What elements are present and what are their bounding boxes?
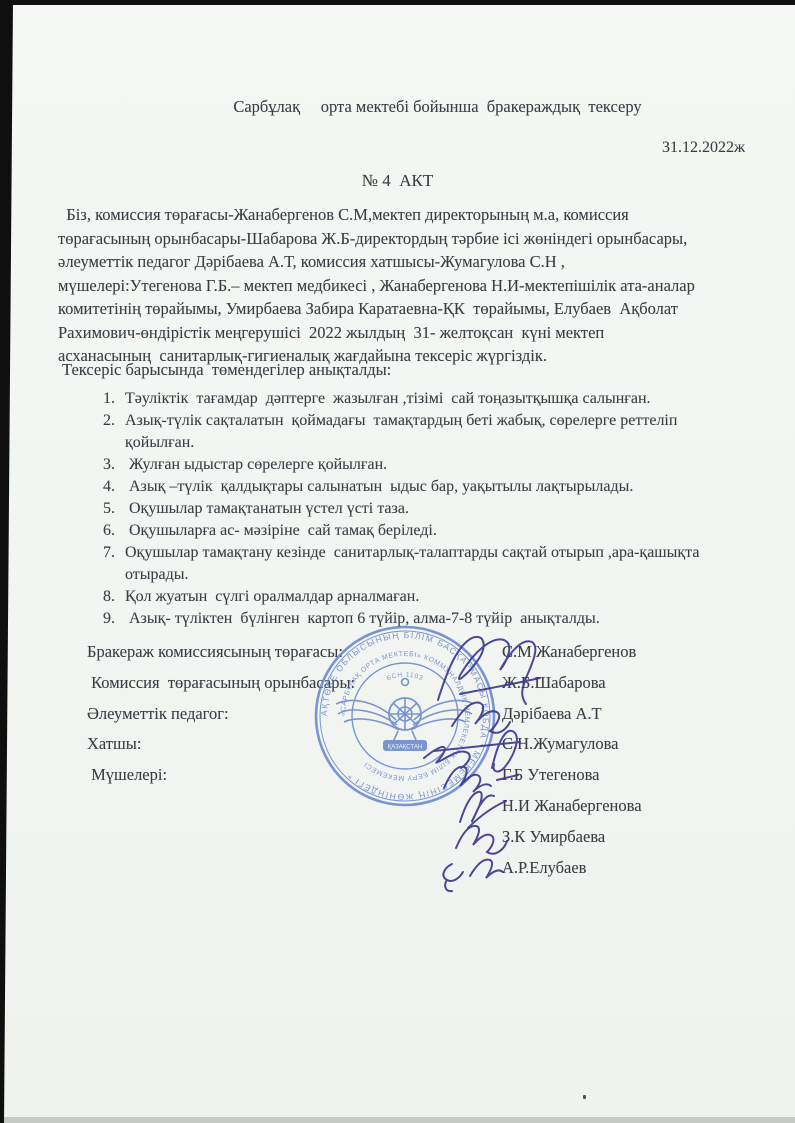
finding-number: 1.: [103, 388, 125, 410]
signature-block: Бракераж комиссиясының төрағасы:С.М Жана…: [87, 637, 747, 883]
finding-text: Оқушыларға ас- мәзіріне сай тамақ беріле…: [125, 520, 748, 542]
findings-list: 1.Тәуліктік тағамдар дәптерге жазылған ,…: [103, 388, 748, 630]
finding-item: 9. Азық- түліктен бүлінген картоп 6 түйі…: [103, 608, 748, 630]
finding-text: Оқушылар тамақтанатын үстел үсті таза.: [125, 498, 748, 520]
finding-number: 6.: [103, 520, 125, 542]
intro-paragraph: Біз, комиссия төрағасы-Жанабергенов С.М,…: [58, 203, 748, 368]
signature-row: Мүшелері:Г.Б Утегенова: [87, 760, 747, 791]
finding-number: 7.: [103, 542, 125, 586]
scan-edge-top: [0, 0, 795, 5]
signature-row: Бракераж комиссиясының төрағасы:С.М Жана…: [87, 637, 747, 668]
signature-label: Хатшы:: [87, 734, 141, 753]
signature-name: Г.Б Утегенова: [502, 760, 599, 791]
finding-number: 3.: [103, 454, 125, 476]
finding-item: 8.Қол жуатын сүлгі оралмалдар арналмаған…: [103, 586, 748, 608]
intro-line: мүшелері:Утегенова Г.Б.– мектеп медбикес…: [58, 274, 748, 298]
signature-row: Әлеуметтік педагог:Дәрібаева А.Т: [87, 699, 747, 730]
signature-name: С.М Жанабергенов: [502, 637, 636, 668]
signature-row: Хатшы:С.Н.Жумагулова: [87, 729, 747, 760]
act-number: № 4 АКТ: [0, 171, 795, 191]
signature-row: Н.И Жанабергенова: [87, 791, 747, 822]
finding-item: 3. Жулған ыдыстар сөрелерге қойылған.: [103, 454, 748, 476]
intro-line: Рахимович-өндірістік меңгерушісі 2022 жы…: [58, 321, 748, 345]
signature-label: Комиссия төрағасының орынбасары:: [87, 673, 355, 692]
finding-text: Оқушылар тамақтану кезінде санитарлық-та…: [125, 542, 748, 586]
finding-text: Азық-түлік сақталатын қоймадағы тамақтар…: [125, 410, 748, 454]
finding-text: Қол жуатын сүлгі оралмалдар арналмаған.: [125, 586, 748, 608]
scan-edge-left: [0, 0, 13, 1123]
finding-item: 7.Оқушылар тамақтану кезінде санитарлық-…: [103, 542, 748, 586]
finding-item: 6. Оқушыларға ас- мәзіріне сай тамақ бер…: [103, 520, 748, 542]
signature-name: Дәрібаева А.Т: [502, 699, 602, 730]
signature-label: Әлеуметтік педагог:: [87, 704, 229, 723]
finding-text: Азық –түлік қалдықтары салынатын ыдыс ба…: [125, 476, 748, 498]
scan-speck: [583, 1095, 586, 1099]
signature-row: А.Р.Елубаев: [87, 853, 747, 884]
document-date: 31.12.2022ж: [662, 139, 745, 157]
intro-line: комитетінің төрайымы, Умирбаева Забира К…: [58, 297, 748, 321]
signature-name: Н.И Жанабергенова: [502, 791, 642, 822]
finding-item: 5. Оқушылар тамақтанатын үстел үсті таза…: [103, 498, 748, 520]
finding-number: 4.: [103, 476, 125, 498]
finding-text: Жулған ыдыстар сөрелерге қойылған.: [125, 454, 748, 476]
findings-heading: Тексеріс барысында төмендегілер анықталд…: [62, 360, 391, 380]
intro-line: әлеуметтік педагог Дәрібаева А.Т, комисс…: [58, 250, 748, 274]
finding-number: 8.: [103, 586, 125, 608]
finding-item: 4. Азық –түлік қалдықтары салынатын ыдыс…: [103, 476, 748, 498]
finding-item: 1.Тәуліктік тағамдар дәптерге жазылған ,…: [103, 388, 748, 410]
signature-name: С.Н.Жумагулова: [502, 729, 619, 760]
finding-number: 2.: [103, 410, 125, 454]
finding-item: 2.Азық-түлік сақталатын қоймадағы тамақт…: [103, 410, 748, 454]
finding-text: Азық- түліктен бүлінген картоп 6 түйір, …: [125, 608, 748, 630]
signature-row: Комиссия төрағасының орынбасары:Ж.Б.Шаба…: [87, 668, 747, 699]
document-title: Сарбұлақ орта мектебі бойынша бракеражды…: [0, 97, 795, 117]
signature-name: Ж.Б.Шабарова: [502, 668, 606, 699]
signature-label: Мүшелері:: [87, 765, 167, 784]
scanned-document-page: Сарбұлақ орта мектебі бойынша бракеражды…: [0, 0, 795, 1123]
signature-row: З.К Умирбаева: [87, 822, 747, 853]
finding-number: 9.: [103, 608, 125, 630]
intro-line: Біз, комиссия төрағасы-Жанабергенов С.М,…: [58, 203, 748, 227]
signature-name: З.К Умирбаева: [502, 822, 605, 853]
finding-text: Тәуліктік тағамдар дәптерге жазылған ,ті…: [125, 388, 748, 410]
finding-number: 5.: [103, 498, 125, 520]
scan-edge-bottom: [0, 1117, 795, 1123]
signature-label: Бракераж комиссиясының төрағасы:: [87, 642, 343, 661]
intro-line: төрағасының орынбасары-Шабарова Ж.Б-дире…: [58, 227, 748, 251]
signature-name: А.Р.Елубаев: [502, 853, 586, 884]
